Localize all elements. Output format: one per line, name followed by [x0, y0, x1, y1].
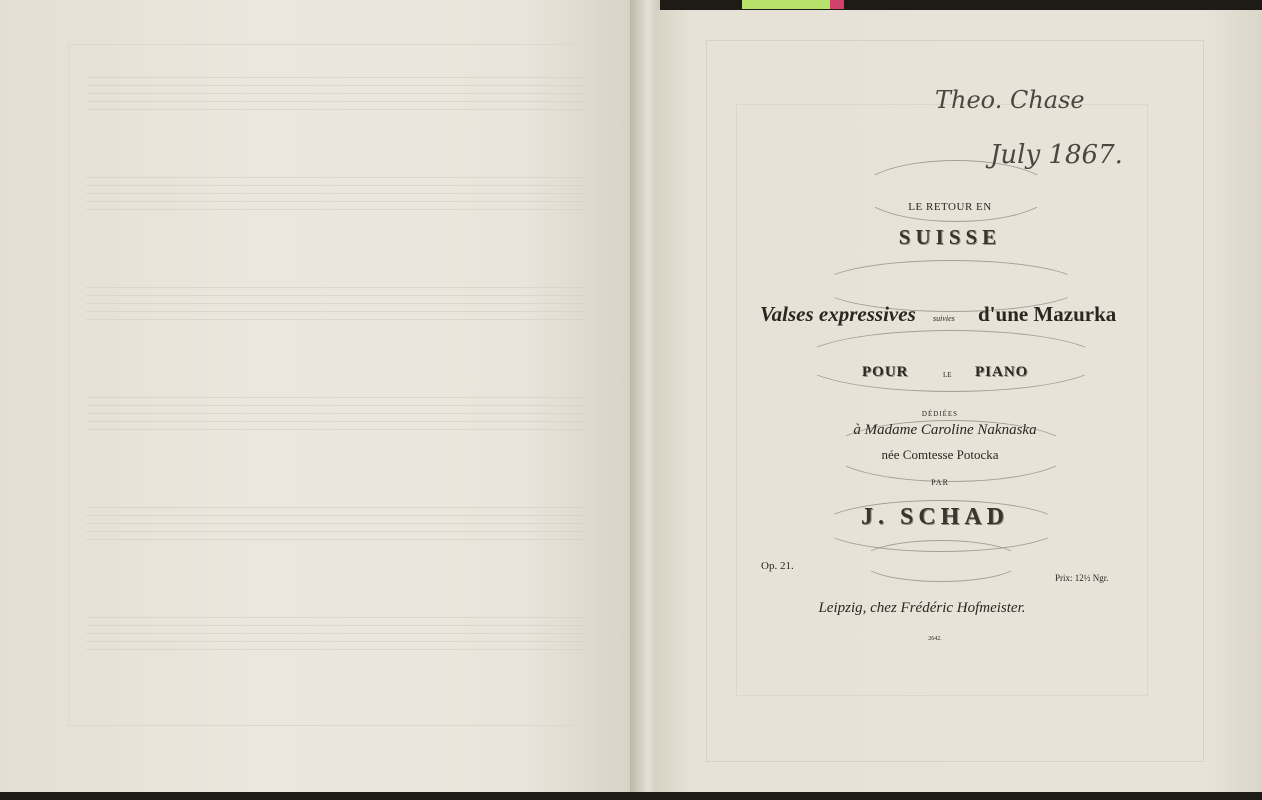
music-staff-bleed: [86, 500, 586, 544]
opus-number: Op. 21.: [761, 560, 794, 572]
subtitle-part-2: d'une Mazurka: [978, 302, 1116, 327]
music-staff-bleed: [86, 70, 586, 114]
instrument-piano: PIANO: [975, 364, 1028, 381]
dedicatee: à Madame Caroline Naknaska: [853, 422, 1036, 439]
bookmark-tab-green: [742, 0, 832, 9]
plate-number: 2642.: [928, 636, 942, 642]
subtitle-connector: suivies: [933, 314, 955, 323]
scan-background-edge: [0, 792, 1262, 800]
music-staff-bleed: [86, 610, 586, 654]
handwritten-name: Theo. Chase: [935, 86, 1085, 114]
publisher: Leipzig, chez Frédéric Hofmeister.: [818, 600, 1025, 617]
title-main: SUISSE: [899, 225, 1001, 250]
by-label: PAR: [931, 478, 949, 487]
instrument-le: LE: [943, 371, 952, 379]
music-staff-bleed: [86, 390, 586, 434]
handwritten-date: July 1867.: [990, 140, 1123, 170]
left-page: [0, 0, 652, 792]
subtitle-part-1: Valses expressives: [760, 302, 916, 327]
dedicatee-title: née Comtesse Potocka: [882, 447, 999, 463]
instrument-pour: POUR: [862, 364, 909, 381]
music-staff-bleed: [86, 170, 586, 214]
title-line-1: LE RETOUR EN: [908, 201, 991, 213]
music-staff-bleed: [86, 280, 586, 324]
dedication-label: DÉDIÉES: [922, 410, 958, 418]
flourish-ornament: [800, 330, 1102, 392]
flourish-ornament: [860, 540, 1022, 582]
price: Prix: 12½ Ngr.: [1055, 573, 1109, 583]
composer-name: J. SCHAD: [861, 504, 1009, 531]
bookmark-tab-pink: [830, 0, 844, 9]
